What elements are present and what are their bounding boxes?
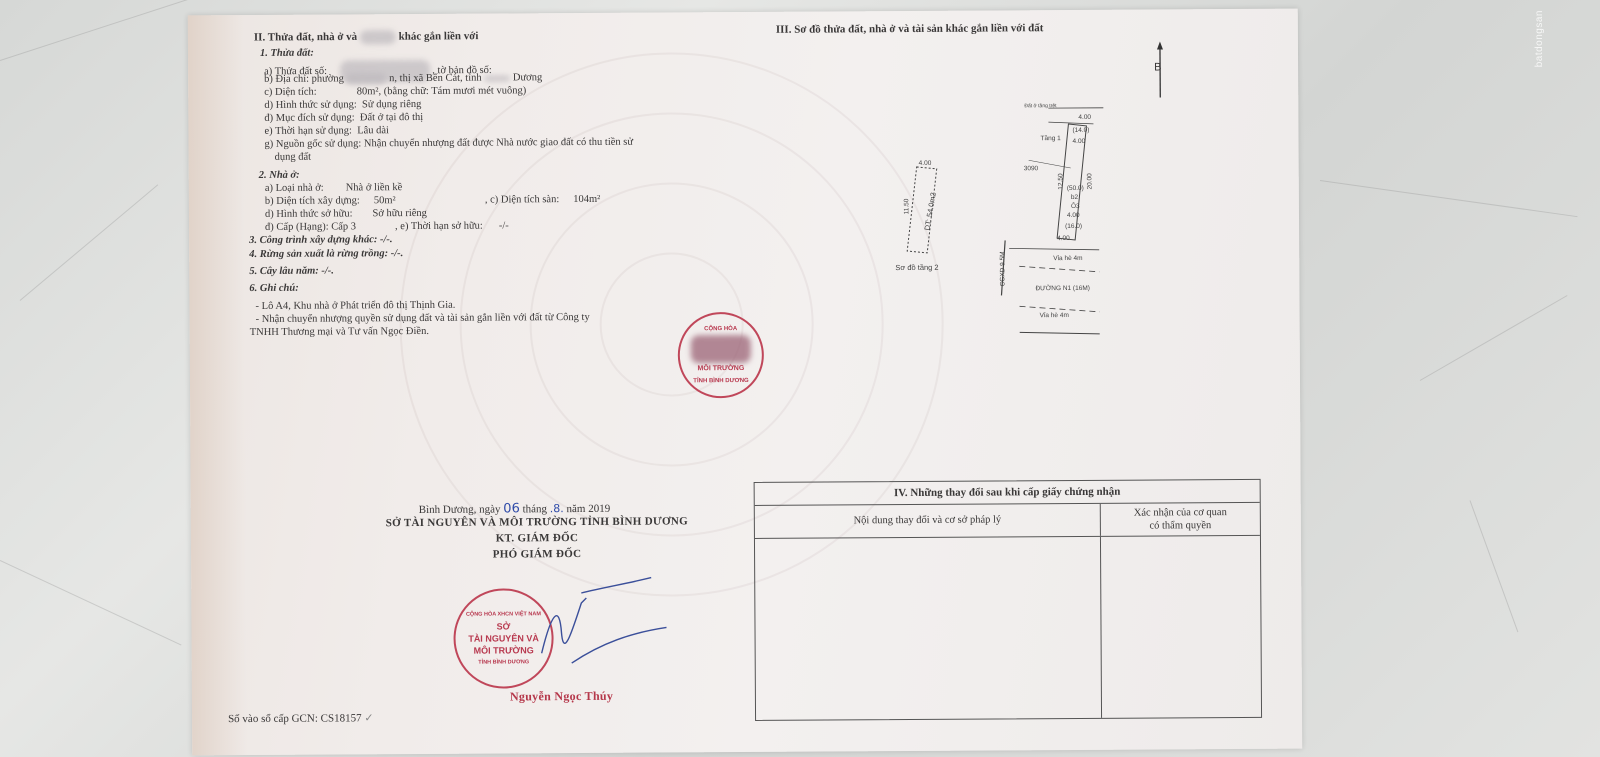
issue-date: Bình Dương, ngày 06 tháng .8. năm 2019 bbox=[419, 501, 611, 517]
section-3-title: III. Sơ đồ thửa đất, nhà ở và tài sản kh… bbox=[776, 22, 1044, 36]
signer-name: Nguyễn Ngọc Thúy bbox=[510, 689, 613, 705]
road-boundary: CGXD 9.5M bbox=[999, 251, 1006, 286]
registry-number: Số vào sổ cấp GCN: CS18157 ✓ bbox=[228, 711, 374, 725]
floor1-dim: (16.0) bbox=[1065, 223, 1082, 230]
planted-forest: 4. Rừng sản xuất là rừng trồng: -/-. bbox=[249, 248, 403, 260]
floor2-caption: Sơ đồ tầng 2 bbox=[895, 263, 938, 272]
changes-table-body bbox=[755, 536, 1261, 720]
road-name: ĐƯỜNG N1 (16M) bbox=[1035, 285, 1090, 292]
house-ownership: d) Hình thức sở hữu:Sở hữu riêng bbox=[265, 208, 427, 220]
check-mark-icon: ✓ bbox=[364, 711, 373, 724]
land-use-term: e) Thời hạn sử dụng: Lâu dài bbox=[264, 125, 389, 137]
perennial-trees: 5. Cây lâu năm: -/-. bbox=[249, 266, 334, 278]
floor1-label: Tầng 1 bbox=[1040, 135, 1060, 142]
sidewalk-top: Vỉa hè 4m bbox=[1053, 255, 1082, 262]
floor1-dim: (14.0) bbox=[1072, 127, 1089, 134]
floor1-dim: 4.00 bbox=[1067, 212, 1080, 219]
paper-shadow bbox=[188, 15, 248, 755]
role-acting-director: KT. GIÁM ĐỐC bbox=[361, 531, 713, 545]
land-origin: g) Nguồn gốc sử dụng: Nhận chuyển nhượng… bbox=[265, 137, 634, 150]
floor1-bottom-width: 4.00 bbox=[1057, 235, 1070, 242]
floor1-dim: Ô3 bbox=[1071, 203, 1080, 210]
changes-table-header: Nội dung thay đổi và cơ sở pháp lý Xác n… bbox=[755, 503, 1260, 539]
marble-vein bbox=[1420, 295, 1568, 381]
section-2-title: II. Thửa đất, nhà ở và khác gắn liền với bbox=[254, 30, 479, 45]
house-build-area: b) Diện tích xây dựng:50m² bbox=[265, 195, 396, 207]
marble-vein bbox=[20, 184, 159, 300]
role-deputy-director: PHÓ GIÁM ĐỐC bbox=[361, 547, 713, 561]
redacted-text bbox=[484, 75, 510, 81]
house-grade: đ) Cấp (Hạng): Cấp 3 bbox=[265, 221, 356, 233]
land-origin-cont: dụng đất bbox=[275, 152, 312, 163]
marble-vein bbox=[1470, 500, 1519, 632]
house-heading: 2. Nhà ở: bbox=[259, 170, 300, 181]
note-line-2: - Nhận chuyển nhượng quyền sử dụng đất v… bbox=[256, 312, 590, 325]
redacted-text bbox=[347, 73, 387, 84]
issuing-agency: SỞ TÀI NGUYÊN VÀ MÔI TRƯỜNG TỈNH BÌNH DƯ… bbox=[361, 515, 713, 529]
sidewalk-bottom: Vỉa hè 4m bbox=[1040, 312, 1069, 319]
house-type: a) Loại nhà ở:Nhà ở liền kề bbox=[265, 182, 403, 194]
watermark-logo: batdongsan bbox=[1534, 10, 1545, 67]
floor1-top-width: 4.00 bbox=[1078, 114, 1091, 121]
floor1-dim: 4.00 bbox=[1073, 138, 1086, 145]
floor1-header: Đất ở tầng trệt bbox=[1024, 103, 1056, 109]
house-ownership-term: , e) Thời hạn sở hữu:-/- bbox=[395, 220, 509, 232]
marble-vein bbox=[0, 0, 209, 61]
notes-heading: 6. Ghi chú: bbox=[249, 283, 298, 294]
floor1-dim: 12.50 bbox=[1057, 173, 1064, 189]
floor2-length: 11.50 bbox=[903, 199, 910, 215]
redacted-text bbox=[360, 30, 396, 44]
floor1-dim: 20.00 bbox=[1086, 173, 1093, 189]
land-use-purpose: đ) Mục đích sử dụng: Đất ở tại đô thị bbox=[264, 112, 423, 124]
north-label: B bbox=[1154, 61, 1161, 73]
col-change-content: Nội dung thay đổi và cơ sở pháp lý bbox=[755, 504, 1101, 538]
marble-vein bbox=[0, 560, 181, 645]
official-stamp-mid: CỘNG HÒA MÔI TRƯỜNG TỈNH BÌNH DƯƠNG bbox=[678, 312, 765, 399]
other-construction: 3. Công trình xây dựng khác: -/-. bbox=[249, 234, 392, 246]
house-floor-area: , c) Diện tích sàn:104m² bbox=[485, 194, 601, 206]
note-line-3: TNHH Thương mại và Tư vấn Ngọc Điền. bbox=[250, 326, 429, 338]
floor2-diagram bbox=[889, 161, 960, 261]
redacted-text bbox=[691, 335, 751, 363]
changes-table: IV. Những thay đổi sau khi cấp giấy chứn… bbox=[754, 479, 1262, 721]
land-use-form: d) Hình thức sử dụng: Sử dụng riêng bbox=[264, 99, 421, 111]
land-heading: 1. Thửa đất: bbox=[260, 48, 314, 59]
land-certificate-page: II. Thửa đất, nhà ở và khác gắn liền với… bbox=[188, 9, 1302, 756]
floor1-dim: b2 bbox=[1071, 194, 1078, 201]
floor2-width: 4.00 bbox=[919, 160, 932, 167]
land-area: c) Diện tích:80m², (bằng chữ: Tám mươi m… bbox=[264, 85, 526, 98]
floor1-dim: (50.0) bbox=[1067, 185, 1084, 192]
note-line-1: - Lô A4, Khu nhà ở Phát triển đô thị Thị… bbox=[255, 300, 455, 312]
land-address: b) Địa chỉ: phường n, thị xã Bến Cát, tỉ… bbox=[264, 72, 542, 85]
change-content-cell bbox=[755, 537, 1102, 720]
col-authority-confirmation: Xác nhận của cơ quan có thẩm quyền bbox=[1101, 503, 1260, 536]
parcel-code: 3090 bbox=[1024, 165, 1039, 172]
handwritten-signature bbox=[531, 572, 672, 683]
section-4-title: IV. Những thay đổi sau khi cấp giấy chứn… bbox=[755, 480, 1260, 506]
marble-vein bbox=[1320, 180, 1578, 217]
